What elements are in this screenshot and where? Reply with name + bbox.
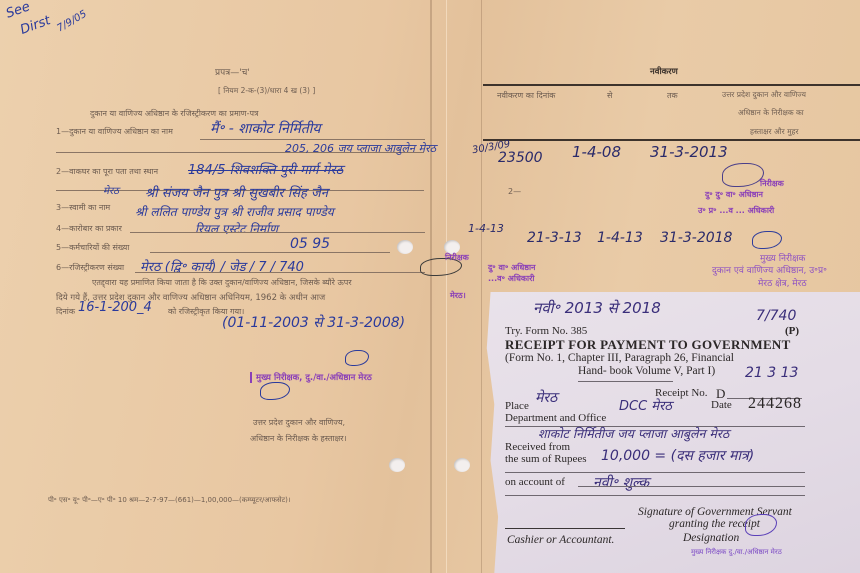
renewal-from-2: 1-4-13 — [597, 230, 643, 246]
shop-address: 205, 206 जय प्लाजा आबुलेन मेरठ — [285, 141, 436, 156]
field-rule — [150, 252, 390, 253]
field-rule — [135, 272, 425, 273]
designation-label: Designation — [683, 532, 739, 544]
owner-name: श्री संजय जैन पुत्र श्री सुखबीर सिंह जैन — [145, 183, 328, 201]
renewal-stamp-1: उ॰ प्र॰ ...व ... अधिकारी — [698, 205, 774, 216]
renewal-column-signature: हस्ताक्षर और मुहर — [750, 127, 799, 137]
received-from-value: शाकोट निर्मितीज जय प्लाजा आबुलेन मेरठ — [538, 425, 729, 442]
corner-note: Dirst — [18, 13, 52, 38]
account-label: on account of — [505, 476, 565, 488]
receipt-title: RECEIPT FOR PAYMENT TO GOVERNMENT — [505, 337, 791, 353]
renewal-column-to: तक — [667, 90, 678, 101]
fold-line — [430, 0, 432, 573]
renewal-to-1: 31-3-2013 — [650, 143, 728, 161]
renewal-column-from: से — [607, 90, 612, 101]
designation-stamp: मुख्य निरीक्षक दु./वा./अधिष्ठान मेरठ — [691, 548, 782, 557]
punch-hole — [389, 458, 405, 472]
rule — [505, 495, 805, 496]
business-type: रियल एस्टेट निर्माण — [195, 220, 278, 237]
receipt-date-note: 21 3 13 — [745, 365, 798, 381]
renewal-top-rule — [483, 84, 860, 86]
rule — [578, 486, 805, 487]
renewal-from-1: 1-4-08 — [572, 143, 621, 161]
inspector-stamp: मुख्य निरीक्षक, दु./वा./अधिष्ठान मेरठ — [250, 372, 372, 383]
payment-receipt: नवी॰ 2013 से 2018 7/740 Try. Form No. 38… — [483, 292, 860, 573]
certificate-title: दुकान या वाणिज्य अधिष्ठान के रजिस्ट्रीकर… — [90, 108, 258, 119]
renewal-column-signature: अधिष्ठान के निरीक्षक का — [738, 108, 804, 118]
validity-period: (01-11-2003 से 31-3-2008) — [222, 313, 405, 332]
designation-signature — [745, 514, 777, 536]
signature-caption: उत्तर प्रदेश दुकान और वाणिज्य, — [253, 417, 345, 428]
field-label: 1—दुकान या वाणिज्य अधिष्ठान का नाम — [56, 126, 173, 137]
inspector-signature — [260, 382, 290, 400]
renewal-index-2: 2— — [508, 187, 521, 196]
renewal-to-2: 31-3-2018 — [660, 230, 732, 246]
sum-value: 10,000 = (दस हजार मात्र) — [601, 446, 754, 465]
renewal-stamp-2: ...व॰ अधिकारी — [488, 273, 534, 284]
place-value: मेरठ — [535, 388, 557, 407]
renewal-column-signature: उत्तर प्रदेश दुकान और वाणिज्य — [722, 90, 806, 100]
department-value: DCC मेरठ — [619, 396, 672, 414]
renewal-stamp-2: दु॰ वा॰ अधिष्ठान — [488, 262, 535, 273]
chief-inspector-stamp: दुकान एवं वाणिज्य अधिष्ठान, उ॰प्र॰ — [712, 263, 827, 276]
shop-name: मैं॰ - शाकोट निर्मितीय — [210, 119, 320, 138]
registration-date: 16-1-200_4 — [78, 300, 152, 315]
renewal-header-rule — [483, 139, 860, 141]
punch-hole — [454, 458, 470, 472]
postal-address: 184/5 शिवशक्ति पुरी मार्ग मेरठ — [188, 160, 343, 178]
receipt-subtitle: (Form No. 1, Chapter III, Paragraph 26, … — [505, 352, 734, 364]
receipt-subtitle: Hand- book Volume V, Part I) — [578, 365, 715, 377]
corner-note: See — [4, 0, 32, 22]
form-title: प्रपत्र—'च' — [215, 65, 250, 78]
rule — [505, 528, 625, 529]
date-label: Date — [711, 399, 732, 411]
chief-inspector-signature — [752, 231, 782, 249]
inspector-signature — [345, 350, 369, 366]
cashier-label: Cashier or Accountant. — [507, 534, 614, 546]
receipt-number: 244268 — [748, 395, 802, 413]
rule — [505, 472, 805, 473]
department-label: Department and Office — [505, 412, 606, 424]
owner-name-2: श्री ललित पाण्डेय पुत्र श्री राजीव प्रसा… — [135, 203, 334, 220]
receipt-renewal-note: नवी॰ 2013 से 2018 — [533, 298, 661, 318]
form-code: (P) — [785, 325, 799, 337]
certification-text: दिनांक — [56, 306, 75, 317]
renewal-column-date: नवीकरण का दिनांक — [497, 90, 555, 101]
field-rule — [130, 232, 425, 233]
receipt-registration-number: 7/740 — [756, 308, 796, 324]
renewal-stamp-1: दु॰ दु॰ वा॰ अधिष्ठान — [705, 189, 763, 200]
owner-prefix: मेरठ — [103, 183, 119, 197]
chief-inspector-stamp: मेरठ क्षेत्र, मेरठ — [758, 276, 807, 289]
field-label: 6—रजिस्ट्रीकरण संख्या — [56, 262, 124, 273]
crease-line — [446, 0, 447, 573]
renewal-signature-1 — [722, 163, 764, 187]
form-number: Try. Form No. 385 — [505, 325, 587, 337]
punch-hole — [397, 240, 413, 254]
corner-note: 7/9/05 — [55, 9, 88, 35]
renewal-stamp-2: मेरठ। — [450, 290, 466, 301]
renewal-stamp-2: निरीक्षक — [445, 252, 469, 263]
employee-count: 05 95 — [290, 236, 330, 252]
rule-reference: [ नियम 2-क-(3)/धारा 4 ख (3) ] — [218, 86, 315, 96]
renewal-receipt-1: 23500 — [498, 150, 543, 166]
renewal-date-2: 1-4-13 — [468, 222, 504, 235]
fold-line — [481, 0, 482, 573]
field-rule — [200, 139, 425, 140]
printer-line: पी॰ एस॰ यू॰ पी॰—ए॰ पी॰ 10 श्रम—2-7-97—(6… — [48, 496, 291, 505]
account-value: नवी॰ शुल्क — [593, 473, 649, 492]
field-label: 4—कारोबार का प्रकार — [56, 223, 122, 234]
sum-label: the sum of Rupees — [505, 453, 587, 465]
renewal-stamp-1: निरीक्षक — [760, 178, 784, 189]
place-label: Place — [505, 400, 529, 412]
field-label: 5—कर्मचारियों की संख्या — [56, 242, 129, 253]
field-label: 2—वाकघर का पूरा पता तथा स्थान — [56, 166, 158, 177]
received-from-label: Received from — [505, 441, 570, 453]
rule — [578, 381, 673, 382]
renewal-heading: नवीकरण — [650, 66, 678, 77]
certification-text: एतद्द्वारा यह प्रमाणित किया जाता है कि उ… — [92, 277, 352, 288]
renewal-receipt-2: 21-3-13 — [527, 230, 582, 246]
field-label: 3—स्वामी का नाम — [56, 202, 110, 213]
signature-caption: अधिष्ठान के निरीक्षक के हस्ताक्षर। — [250, 433, 347, 444]
